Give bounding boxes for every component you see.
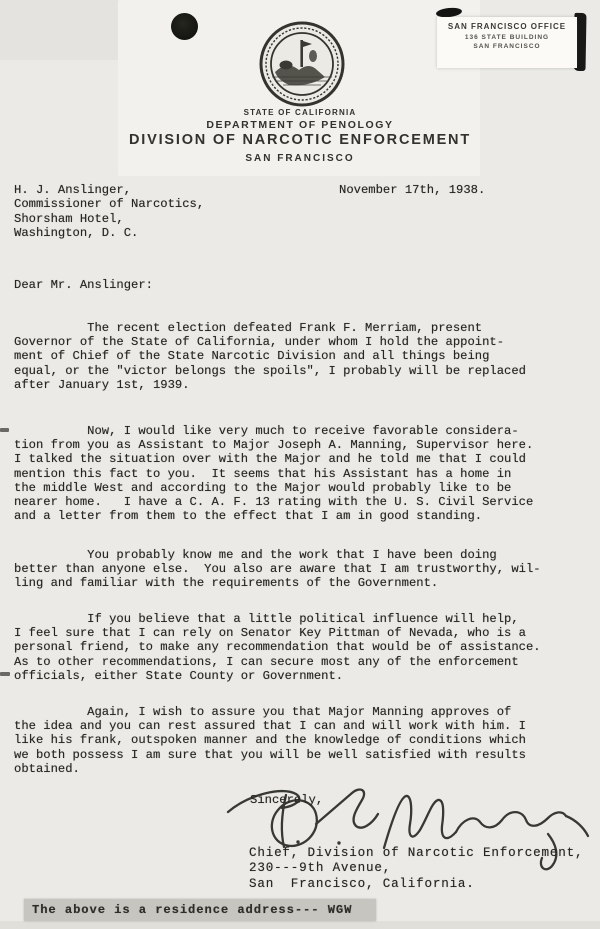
letterhead-division: DIVISION OF NARCOTIC ENFORCEMENT	[0, 132, 600, 148]
paragraph-4: If you believe that a little political i…	[14, 612, 541, 683]
recipient-address-block: H. J. Anslinger, Commissioner of Narcoti…	[14, 183, 204, 241]
sender-address-block: Chief, Division of Narcotic Enforcement,…	[249, 846, 583, 892]
california-state-seal-icon	[257, 20, 347, 113]
office-box-line1: SAN FRANCISCO OFFICE	[437, 22, 577, 31]
letterhead-city: SAN FRANCISCO	[0, 153, 600, 164]
office-address-box: SAN FRANCISCO OFFICE 136 STATE BUILDING …	[437, 17, 577, 68]
office-box-line3: SAN FRANCISCO	[437, 43, 577, 50]
paragraph-2: Now, I would like very much to receive f…	[14, 424, 533, 523]
footnote-text: The above is a residence address--- WGW	[24, 903, 352, 917]
letter-date: November 17th, 1938.	[339, 183, 485, 197]
footnote-band: The above is a residence address--- WGW	[24, 899, 376, 921]
scan-shade-bottom	[0, 921, 600, 929]
hole-punch-dot	[171, 13, 198, 40]
scan-edge-mark	[0, 428, 9, 432]
letterhead-state: STATE OF CALIFORNIA	[0, 108, 600, 117]
salutation: Dear Mr. Anslinger:	[14, 278, 153, 292]
scan-shade-topleft	[0, 0, 120, 60]
office-box-line2: 136 STATE BUILDING	[437, 34, 577, 41]
paragraph-1: The recent election defeated Frank F. Me…	[14, 321, 526, 392]
scan-edge-mark	[0, 672, 10, 676]
paragraph-5: Again, I wish to assure you that Major M…	[14, 705, 526, 776]
letterhead-department: DEPARTMENT OF PENOLOGY	[0, 119, 600, 131]
paragraph-3: You probably know me and the work that I…	[14, 548, 541, 591]
scanned-letter-page: SAN FRANCISCO OFFICE 136 STATE BUILDING …	[0, 0, 600, 929]
